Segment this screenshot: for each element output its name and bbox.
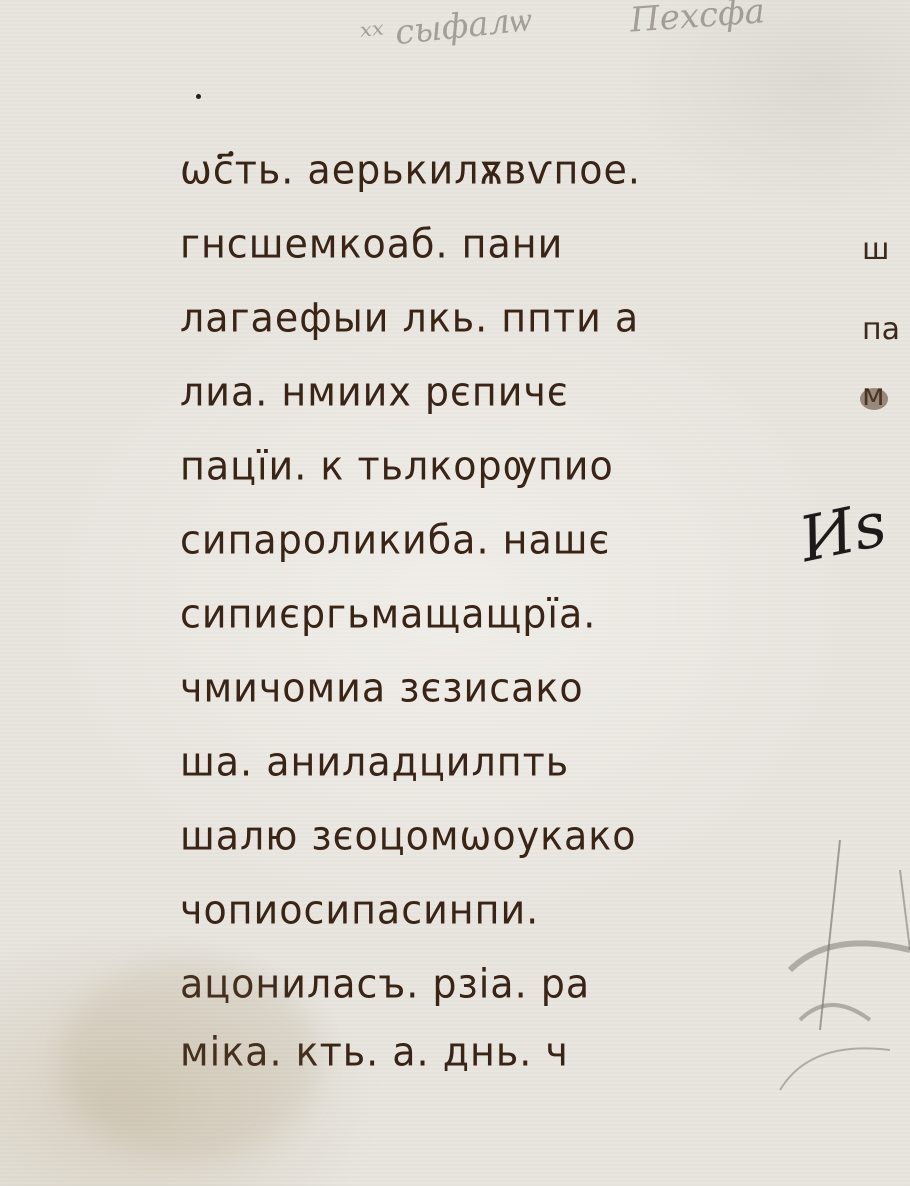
water-stain (60, 960, 320, 1160)
text-line-1: ѡс҃ть. аерькилѫвѵпое. (180, 147, 641, 193)
text-line-5: пацїи. к тьлкорѹпио (180, 443, 614, 489)
ink-blot (860, 388, 888, 410)
text-line-3: лагаефыи лкь. ппти а (180, 295, 639, 341)
text-line-4: лиа. нмиих рєпичє (180, 369, 569, 415)
text-line-2: гнсшемкоаб. пани (180, 221, 563, 267)
edge-fragment-2: па (862, 312, 900, 347)
text-line-8: чмичомиа зєзисако (180, 665, 584, 711)
top-annotation-right: Пехсфа (629, 0, 766, 41)
text-line-11: чопиосипасинпи. (180, 887, 539, 933)
margin-sketch (770, 830, 910, 1130)
text-line-6: сипароликиба. нашє (180, 517, 610, 563)
margin-note-mark: Иѕ (793, 487, 892, 576)
top-annotation-left: ˣˣ сыфалѡ (358, 0, 533, 57)
ink-dot (196, 94, 201, 99)
edge-fragment-1: ш (862, 232, 889, 267)
text-line-7: сипиєргьмащащрїа. (180, 591, 596, 637)
text-line-10: шалю зєоцомѡоукако (180, 813, 637, 859)
manuscript-page: ˣˣ сыфалѡ Пехсфа ѡс҃ть. аерькилѫвѵпое. г… (0, 0, 910, 1186)
text-line-9: ша. аниладцилпть (180, 739, 569, 785)
